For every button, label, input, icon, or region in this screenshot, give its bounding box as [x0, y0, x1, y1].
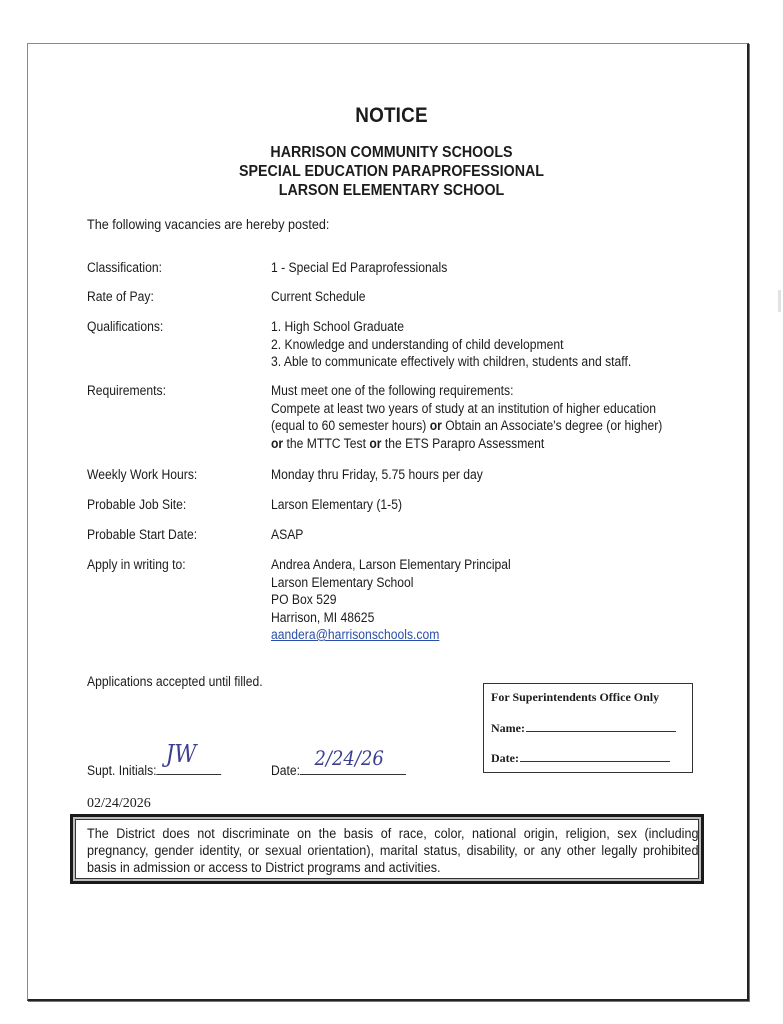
supt-date-field: Date:2/24/26 [271, 760, 406, 778]
supt-date-line[interactable]: 2/24/26 [300, 760, 406, 775]
field-value-line: Must meet one of the following requireme… [271, 382, 662, 400]
intro-text: The following vacancies are hereby poste… [87, 216, 329, 232]
email-link[interactable]: aandera@harrisonschools.com [271, 627, 439, 642]
field-label: Requirements: [87, 382, 166, 400]
office-name-field[interactable]: Name: [491, 720, 676, 736]
supt-initials-handwritten: JW [166, 740, 197, 768]
supt-initials-line[interactable]: JW [157, 760, 222, 775]
supt-initials-field: Supt. Initials:JW [87, 760, 221, 778]
office-date-label: Date: [491, 751, 519, 765]
field-value-line: (equal to 60 semester hours) or Obtain a… [271, 417, 662, 435]
field-value-line: Current Schedule [271, 288, 366, 306]
field-value-line: 3. Able to communicate effectively with … [271, 353, 631, 371]
field-value: Monday thru Friday, 5.75 hours per day [271, 466, 483, 484]
field-value-line: Larson Elementary (1-5) [271, 496, 402, 514]
field-value: ASAP [271, 526, 303, 544]
field-value-line: Larson Elementary School [271, 574, 511, 592]
field-value-line: Harrison, MI 48625 [271, 609, 511, 627]
field-value-line: 1 - Special Ed Paraprofessionals [271, 259, 447, 277]
office-box-title: For Superintendents Office Only [491, 690, 659, 705]
field-label: Apply in writing to: [87, 556, 186, 574]
field-label: Rate of Pay: [87, 288, 154, 306]
supt-date-label: Date: [271, 763, 300, 778]
position-name: SPECIAL EDUCATION PARAPROFESSIONAL [31, 162, 751, 181]
field-value-line: Monday thru Friday, 5.75 hours per day [271, 466, 483, 484]
office-name-blank[interactable] [526, 720, 676, 732]
field-value-line: 2. Knowledge and understanding of child … [271, 336, 631, 354]
office-name-label: Name: [491, 721, 525, 735]
field-label: Classification: [87, 259, 162, 277]
posted-date: 02/24/2026 [87, 796, 151, 812]
district-name: HARRISON COMMUNITY SCHOOLS [31, 143, 751, 162]
field-label: Probable Start Date: [87, 526, 197, 544]
field-label: Probable Job Site: [87, 496, 186, 514]
field-value-line: 1. High School Graduate [271, 318, 631, 336]
field-value-line: ASAP [271, 526, 303, 544]
office-date-field[interactable]: Date: [491, 750, 670, 766]
field-value: Andrea Andera, Larson Elementary Princip… [271, 556, 511, 644]
scan-edge-mark [778, 290, 781, 312]
field-value-line: or the MTTC Test or the ETS Parapro Asse… [271, 435, 662, 453]
notice-title: NOTICE [39, 104, 744, 128]
notice-subtitles: HARRISON COMMUNITY SCHOOLS SPECIAL EDUCA… [31, 143, 751, 200]
supt-date-handwritten: 2/24/26 [314, 746, 383, 770]
field-value-line: Compete at least two years of study at a… [271, 400, 662, 418]
nondiscrimination-box: The District does not discriminate on th… [70, 814, 704, 884]
school-name: LARSON ELEMENTARY SCHOOL [31, 181, 751, 200]
field-value: Must meet one of the following requireme… [271, 382, 662, 452]
office-date-blank[interactable] [520, 750, 670, 762]
field-value: Current Schedule [271, 288, 366, 306]
field-value-line: Andrea Andera, Larson Elementary Princip… [271, 556, 511, 574]
field-value: 1. High School Graduate2. Knowledge and … [271, 318, 631, 371]
field-value-line: PO Box 529 [271, 591, 511, 609]
superintendent-office-box: For Superintendents Office Only Name: Da… [483, 683, 693, 773]
supt-initials-label: Supt. Initials: [87, 763, 157, 778]
applications-note: Applications accepted until filled. [87, 674, 263, 689]
field-value: Larson Elementary (1-5) [271, 496, 402, 514]
field-label: Weekly Work Hours: [87, 466, 197, 484]
field-value: 1 - Special Ed Paraprofessionals [271, 259, 447, 277]
field-label: Qualifications: [87, 318, 163, 336]
nondiscrimination-statement: The District does not discriminate on th… [87, 825, 698, 876]
